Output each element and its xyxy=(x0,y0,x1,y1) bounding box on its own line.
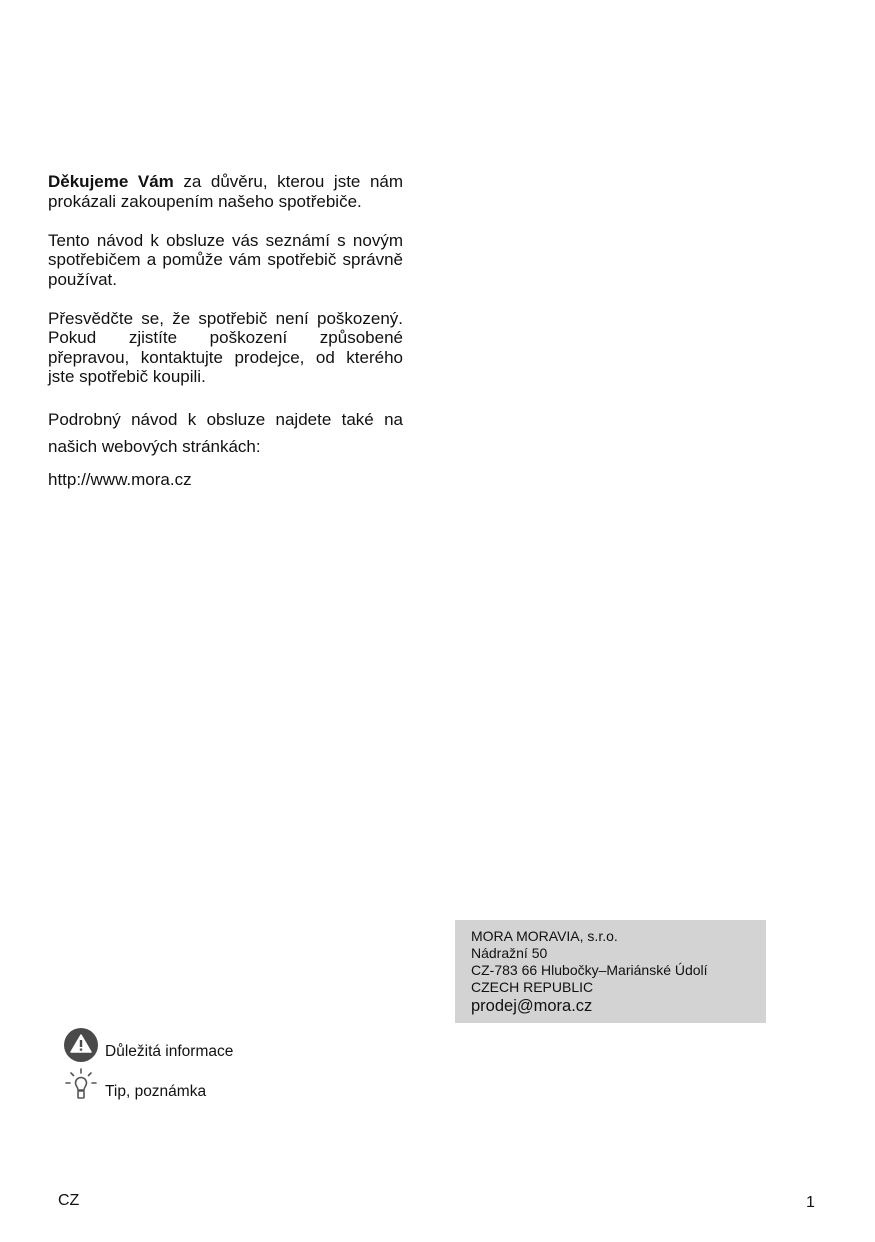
legend-item-tip: Tip, poznámka xyxy=(63,1063,233,1103)
address-box: MORA MORAVIA, s.r.o. Nádražní 50 CZ-783 … xyxy=(455,920,766,1023)
legend-label: Tip, poznámka xyxy=(105,1083,206,1103)
email-address[interactable]: prodej@mora.cz xyxy=(471,996,750,1016)
thanks-bold: Děkujeme Vám xyxy=(48,172,174,191)
footer-language: CZ xyxy=(58,1192,79,1210)
lightbulb-icon xyxy=(63,1067,99,1103)
page-number: 1 xyxy=(806,1194,815,1212)
intro-text: Děkujeme Vám za důvěru, kterou jste nám … xyxy=(48,172,403,509)
country: CZECH REPUBLIC xyxy=(471,979,750,996)
street-address: Nádražní 50 xyxy=(471,945,750,962)
thanks-paragraph: Děkujeme Vám za důvěru, kterou jste nám … xyxy=(48,172,403,211)
website-url[interactable]: http://www.mora.cz xyxy=(48,470,403,490)
company-name: MORA MORAVIA, s.r.o. xyxy=(471,928,750,945)
manual-intro-paragraph: Tento návod k obsluze vás seznámí s nový… xyxy=(48,231,403,290)
legend-label: Důležitá informace xyxy=(105,1043,233,1063)
icon-legend: Důležitá informace Tip, poznámka xyxy=(63,1023,233,1103)
legend-item-important: Důležitá informace xyxy=(63,1023,233,1063)
warning-icon xyxy=(63,1027,99,1063)
city-address: CZ-783 66 Hlubočky–Mariánské Údolí xyxy=(471,962,750,979)
web-info-paragraph: Podrobný návod k obsluze najdete také na… xyxy=(48,406,403,460)
damage-check-paragraph: Přesvědčte se, že spotřebič není poškoze… xyxy=(48,309,403,387)
